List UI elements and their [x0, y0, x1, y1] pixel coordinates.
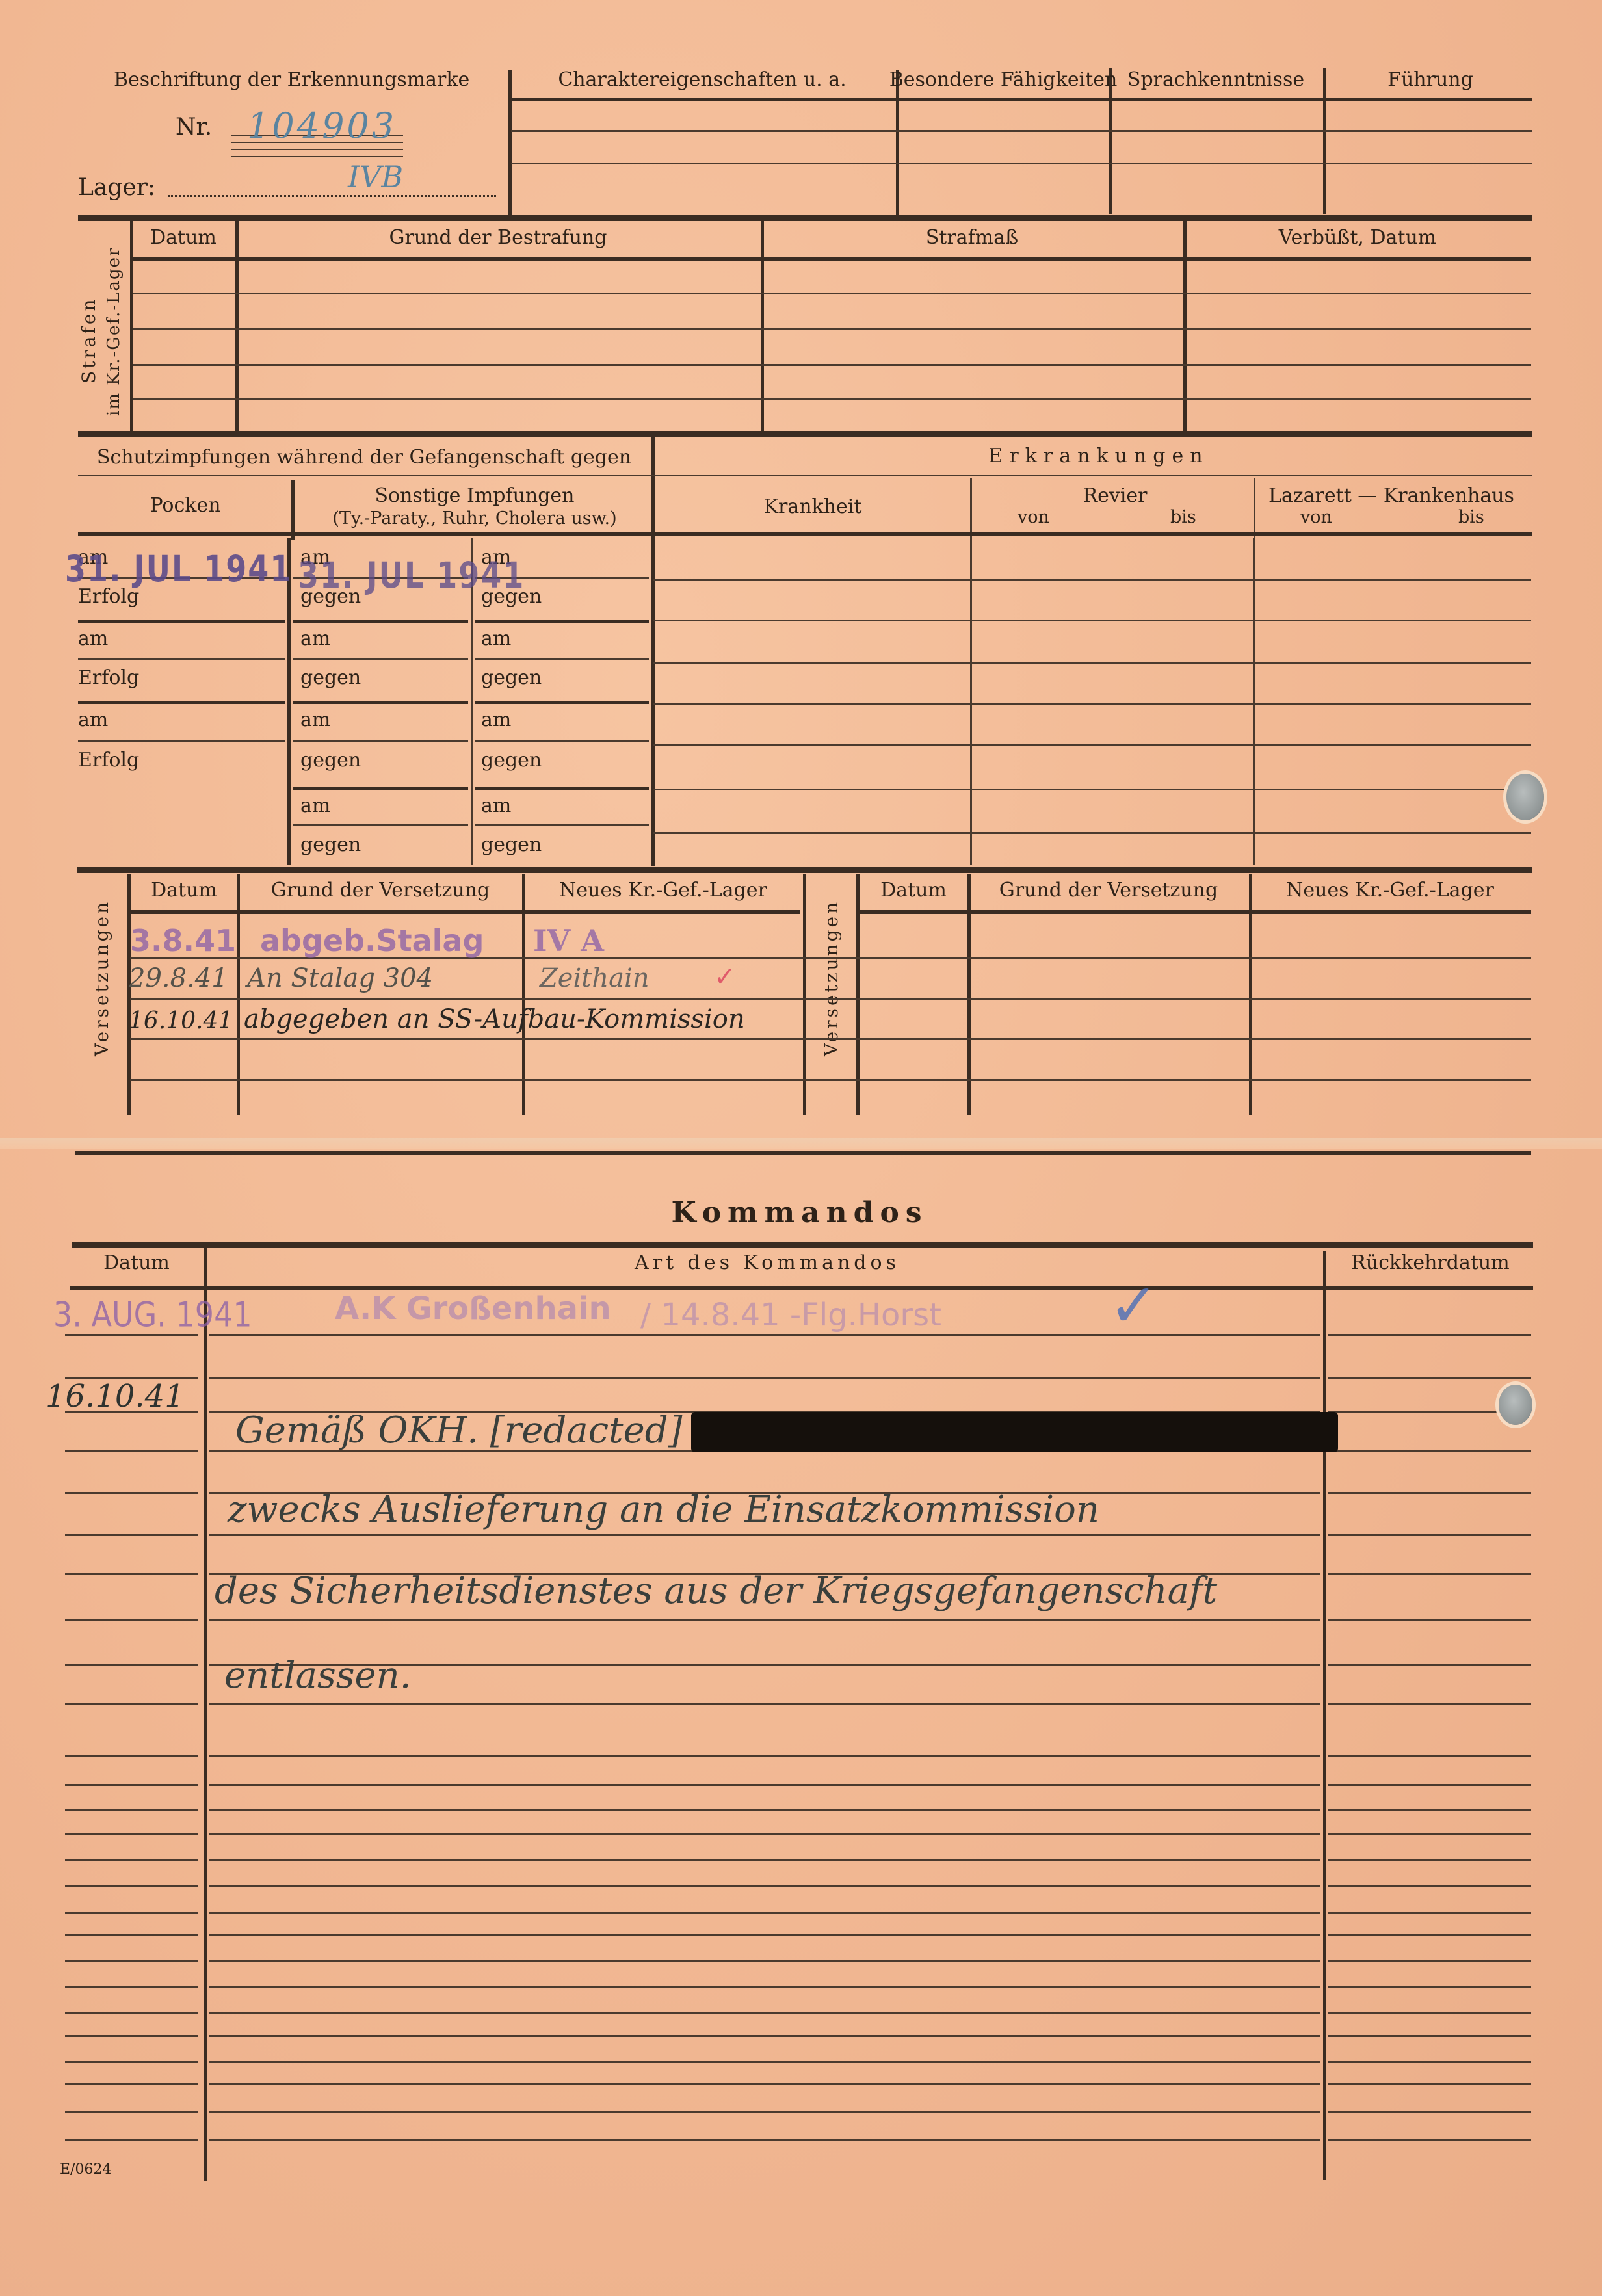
sonstige-subheader: (Ty.-Paraty., Ruhr, Cholera usw.) [332, 508, 616, 528]
kommandos-top-bar [72, 1242, 1533, 1248]
strafen-col-div-1 [235, 221, 239, 432]
strafen-row-line [133, 364, 1531, 366]
lager-value: IVB [348, 159, 403, 194]
kommando-art-line [209, 1619, 1320, 1621]
lager-dotted-line [168, 195, 496, 197]
sonstige-rule [475, 620, 649, 623]
erkrankungen-title: Erkrankungen [988, 445, 1209, 467]
kommando-row1-art-extra: / 14.8.41 -Flg.Horst [640, 1297, 941, 1333]
kommando-row1-datum: 3. AUG. 1941 [53, 1294, 252, 1335]
kommando-art-line [209, 1755, 1320, 1757]
kommando-rueckkehr-line [1328, 2061, 1531, 2063]
kommando-art-line [209, 2139, 1320, 2141]
punch-hole-bottom [1499, 1385, 1532, 1425]
col-sprachkenntnisse: Sprachkenntnisse [1127, 68, 1304, 91]
sonstige-rule [293, 701, 468, 704]
kommando-rueckkehr-line [1328, 1703, 1531, 1705]
nr-value: 104903 [247, 105, 397, 146]
kommando-datum-line [65, 1573, 198, 1575]
lazarett-bis: bis [1458, 507, 1484, 527]
pocken-line [78, 658, 285, 660]
kommando-rueckkehr-line [1328, 1859, 1531, 1861]
strafen-col-div-2 [761, 221, 764, 432]
strafen-side-label-2: im Kr.-Gef.-Lager [104, 247, 124, 416]
kommando-rueckkehr-line [1328, 1833, 1531, 1835]
kommandos-header-rueckkehr: Rückkehrdatum [1351, 1251, 1509, 1274]
kommando-datum-line [65, 1833, 198, 1835]
revier-header: Revier [1083, 484, 1148, 507]
kommando-art-line [209, 2035, 1320, 2037]
strafen-header-datum: Datum [150, 226, 217, 249]
kommando-datum-line [65, 1960, 198, 1962]
sonstige-line [293, 740, 468, 742]
strafen-top-bar [78, 215, 1532, 221]
kommando-datum-line [65, 1912, 198, 1914]
pocken-am-3: am [78, 709, 108, 731]
kommando-rueckkehr-line [1328, 1334, 1531, 1336]
form-number: E/0624 [60, 2161, 111, 2178]
pocken-date-stamp: 31. JUL 1941 [65, 548, 292, 590]
strafen-row-line [133, 328, 1531, 330]
erk-header-div-2 [1254, 478, 1255, 540]
kommando-rueckkehr-line [1328, 1986, 1531, 1988]
lazarett-von: von [1300, 507, 1332, 527]
kommando-rueckkehr-line [1328, 1784, 1531, 1786]
erk-row-line [653, 579, 1531, 581]
top-divider-4 [1323, 68, 1326, 214]
kommando-rueckkehr-line [1328, 1377, 1531, 1379]
nr-label: Nr. [176, 114, 212, 140]
strafen-col-div-3 [1183, 221, 1187, 432]
erk-row-line [653, 620, 1531, 621]
sonstige-line [293, 824, 468, 826]
kommando-rueckkehr-line [1328, 1934, 1531, 1936]
strafen-side-label-1: Strafen [78, 297, 99, 384]
pocken-line [78, 740, 285, 742]
erk-row-line [653, 662, 1531, 664]
kommando-datum-line [65, 1534, 198, 1536]
kommando-datum-line [65, 1784, 198, 1786]
sonstige-rule [293, 787, 468, 790]
kommando-art-line [209, 1960, 1320, 1962]
vers-row1-lager: IV A [533, 923, 604, 958]
sonstige-header: Sonstige Impfungen [374, 484, 574, 507]
strafen-col-div-0 [130, 221, 133, 432]
redaction-bar [691, 1412, 1338, 1452]
erk-body-div-2 [1253, 538, 1255, 865]
fold-bar [75, 1151, 1531, 1155]
sonstige-rule [293, 620, 468, 623]
kommando-note-line-4: entlassen. [224, 1654, 412, 1697]
sonstige-a-gegen-4: gegen [300, 833, 361, 856]
kommando-art-line [209, 1784, 1320, 1786]
punch-hole-top [1506, 774, 1544, 820]
erkennungsmarke-heading: Beschriftung der Erkennungsmarke [114, 68, 469, 91]
erk-header-div-1 [970, 478, 972, 540]
fold-crease [0, 1138, 1602, 1149]
kommando-datum-line [65, 2111, 198, 2113]
vers-left-header-lager: Neues Kr.-Gef.-Lager [559, 879, 767, 902]
vers-row2-lager: Zeithain [540, 963, 650, 993]
kommando-datum-line [65, 1859, 198, 1861]
kommando-datum-line [65, 2139, 198, 2141]
kommando-datum-line [65, 2012, 198, 2014]
strafen-row-line [133, 293, 1531, 294]
kommando-art-line [209, 2111, 1320, 2113]
versetzungen-top-bar [77, 867, 1532, 873]
impf-header-rule [78, 532, 1532, 536]
vers-row2-check-icon: ✓ [714, 962, 736, 992]
sonstige-a-am-4: am [300, 794, 330, 817]
sonstige-line [475, 740, 649, 742]
kommando-datum-line [65, 2061, 198, 2063]
kommando-rueckkehr-line [1328, 1573, 1531, 1575]
kommando-art-line [209, 1833, 1320, 1835]
erk-row-line [653, 832, 1531, 834]
kommandos-div-1 [204, 1248, 207, 2181]
vers-row3-grund: abgegeben an SS-Aufbau-Kommission [244, 1004, 745, 1034]
kommando-rueckkehr-line [1328, 1664, 1531, 1666]
kommando-art-line [209, 2061, 1320, 2063]
vers-right-header-rule [860, 910, 1531, 914]
kommando-rueckkehr-line [1328, 1619, 1531, 1621]
sonstige-a-gegen-3: gegen [300, 749, 361, 772]
kommando-rueckkehr-line [1328, 1885, 1531, 1887]
kommando-datum-line [65, 1885, 198, 1887]
kommando-datum-line [65, 1986, 198, 1988]
sonstige-rule [475, 701, 649, 704]
sonstige-b-am-4: am [481, 794, 511, 817]
kommando-rueckkehr-line [1328, 1534, 1531, 1536]
vers-row3-datum: 16.10.41 [129, 1008, 233, 1034]
kommando-datum-line [65, 1809, 198, 1811]
kommando-art-line [209, 1934, 1320, 1936]
kommando-note-line-3: des Sicherheitsdienstes aus der Kriegsge… [215, 1570, 1217, 1612]
sonstige-date-stamp: 31. JUL 1941 [298, 554, 525, 597]
impf-title-rule [78, 475, 1532, 476]
pocken-am-2: am [78, 627, 108, 650]
kommando-rueckkehr-line [1328, 1809, 1531, 1811]
vers-right-header-datum: Datum [880, 879, 947, 902]
kommando-art-line [209, 1859, 1320, 1861]
kommandos-title: Kommandos [671, 1196, 928, 1229]
vers-row-line [130, 998, 1531, 1000]
vers-row1-grund: abgeb.Stalag [260, 923, 484, 958]
kommando-art-line [209, 2083, 1320, 2085]
vers-row2-datum: 29.8.41 [129, 963, 228, 993]
kommandos-div-2 [1323, 1251, 1326, 2180]
vers-row1-datum: 3.8.41 [130, 923, 236, 958]
versetzungen-side-label-right: Versetzungen [821, 900, 842, 1056]
vers-row2-grund: An Stalag 304 [247, 963, 433, 993]
sonstige-a-gegen-2: gegen [300, 666, 361, 689]
top-divider-1 [508, 70, 512, 216]
kommando-rueckkehr-line [1328, 2083, 1531, 2085]
strafen-header-strafmass: Strafmaß [926, 226, 1018, 249]
vers-right-header-lager: Neues Kr.-Gef.-Lager [1286, 879, 1494, 902]
vers-row-line [130, 1079, 1531, 1081]
sonstige-b-gegen-3: gegen [481, 749, 542, 772]
pocken-rule [78, 701, 285, 704]
top-row-line-2 [511, 163, 1532, 164]
kommando-rueckkehr-line [1328, 2139, 1531, 2141]
sonstige-b-am-2: am [481, 627, 511, 650]
revier-von: von [1018, 507, 1049, 527]
sonstige-b-am-3: am [481, 709, 511, 731]
kommando-art-line [209, 1885, 1320, 1887]
col-charakter: Charaktereigenschaften u. a. [558, 68, 846, 91]
lager-label: Lager: [78, 174, 155, 201]
pocken-header: Pocken [150, 494, 220, 517]
erk-row-line [653, 703, 1531, 705]
kommandos-header-art: Art des Kommandos [635, 1251, 900, 1274]
kommando-datum-line [65, 1934, 198, 1936]
impfungen-top-bar [78, 431, 1532, 437]
sonstige-line [475, 658, 649, 660]
kommando-rueckkehr-line [1328, 1755, 1531, 1757]
kommando-row1-check-icon: ✓ [1109, 1271, 1159, 1340]
kommando-datum-line [65, 1755, 198, 1757]
kommando-datum-line [65, 2035, 198, 2037]
sonstige-a-am-3: am [300, 709, 330, 731]
vers-left-header-datum: Datum [151, 879, 217, 902]
top-row-line-1 [511, 130, 1532, 132]
col-faehigkeiten: Besondere Fähigkeiten [889, 68, 1118, 91]
strafen-header-verbuesst: Verbüßt, Datum [1279, 226, 1436, 249]
kommando-datum-line [65, 1619, 198, 1621]
kommando-art-line [209, 2012, 1320, 2014]
revier-bis: bis [1170, 507, 1196, 527]
kommando-note-line-2: zwecks Auslieferung an die Einsatzkommis… [228, 1489, 1099, 1531]
kommando-row1-art: A.K Großenhain [335, 1290, 611, 1327]
krankheit-header: Krankheit [764, 495, 862, 518]
sonstige-b-gegen-4: gegen [481, 833, 542, 856]
sonstige-a-am-2: am [300, 627, 330, 650]
col-fuehrung: Führung [1387, 68, 1473, 91]
vers-left-header-rule [130, 910, 800, 914]
kommando-datum-line [65, 2083, 198, 2085]
kommando-rueckkehr-line [1328, 1912, 1531, 1914]
erk-body-div-1 [970, 538, 972, 865]
sonstige-rule [475, 787, 649, 790]
kommando-datum-line [65, 1664, 198, 1666]
kommando-art-line [209, 1534, 1320, 1536]
kommando-art-line [209, 1986, 1320, 1988]
kommando-art-line [209, 1809, 1320, 1811]
kommando-art-line [209, 1912, 1320, 1914]
kommando-rueckkehr-line [1328, 2111, 1531, 2113]
kommando-rueckkehr-line [1328, 1960, 1531, 1962]
kommandos-header-rule [70, 1286, 1533, 1290]
vers-right-header-grund: Grund der Versetzung [999, 879, 1218, 902]
sonstige-line [293, 658, 468, 660]
sonstige-b-gegen-2: gegen [481, 666, 542, 689]
strafen-row-line [133, 398, 1531, 400]
kommando-rueckkehr-line [1328, 1450, 1531, 1452]
impf-header-divider [291, 480, 295, 540]
vers-row-line [130, 1038, 1531, 1040]
pocken-rule [78, 620, 285, 623]
kommando-datum-line [65, 1450, 198, 1452]
sonstige-line [475, 824, 649, 826]
kommando-note-line-1: Gemäß OKH. [redacted] [235, 1409, 682, 1452]
kommando-rueckkehr-line [1328, 2012, 1531, 2014]
erk-row-line [653, 744, 1531, 746]
top-divider-2 [896, 70, 899, 216]
kommando-row2-datum: 16.10.41 [46, 1378, 185, 1415]
erk-row-line [653, 789, 1531, 790]
strafen-header-rule [133, 257, 1531, 261]
vers-left-header-grund: Grund der Versetzung [271, 879, 490, 902]
pocken-erfolg-3: Erfolg [78, 749, 139, 772]
impfungen-title: Schutzimpfungen während der Gefangenscha… [97, 446, 631, 469]
lazarett-header: Lazarett — Krankenhaus [1268, 484, 1514, 507]
kommandos-header-datum: Datum [103, 1251, 170, 1274]
kommando-rueckkehr-line [1328, 2035, 1531, 2037]
kommando-datum-line [65, 1492, 198, 1494]
kommando-art-line [209, 1703, 1320, 1705]
kommando-datum-line [65, 1703, 198, 1705]
impf-erkrank-divider [651, 437, 655, 866]
top-header-rule [511, 98, 1532, 101]
kommando-art-line [209, 1377, 1320, 1379]
kommando-rueckkehr-line [1328, 1492, 1531, 1494]
versetzungen-side-label-left: Versetzungen [91, 900, 112, 1056]
pocken-erfolg-2: Erfolg [78, 666, 139, 689]
strafen-header-grund: Grund der Bestrafung [389, 226, 607, 249]
